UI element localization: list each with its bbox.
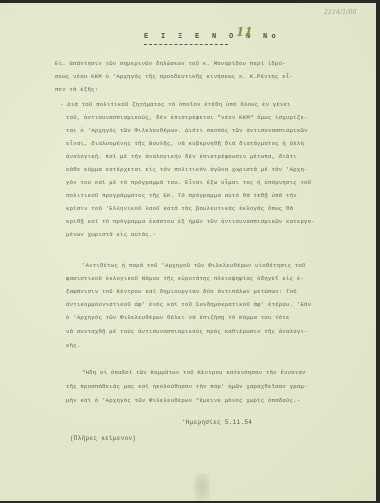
text-line: πεν τά ἑξῆς: — [55, 86, 98, 93]
text-line: κρίσιν τοῦ 'Ελληνικοῦ λαοῦ κατά τάς βουλ… — [66, 205, 293, 212]
text-line: "Ηδη οἱ ὀπαδοί τῶν Κομμάτων τοῦ Κέντρου … — [82, 369, 306, 376]
document-title: Ε Ι Ξ Ε Ν Ο Ν Νο — [144, 33, 280, 41]
text-line: γόν του καί μέ τό πρόγραμμά του. Εἶναι ἔ… — [66, 179, 311, 186]
text-line: ὁ 'Αρχηγός τῶν Φιλελευθέρων θέλει νά ἐπι… — [66, 314, 290, 321]
title-underline — [144, 44, 228, 45]
footer-note: (Πλῆρες κείμενον) — [70, 435, 136, 442]
text-line: κριθῇ καί τό πρόγραμμα ἑκάστου ἐξ ἡμῶν τ… — [66, 218, 315, 225]
text-line: κάθε κόμμα κατέρχεται εἰς τόν πολιτικόν … — [66, 166, 308, 173]
text-line: σεως νέου ΚΚΜ ὁ 'Αρχηγός τῆς προοδευτικῆ… — [55, 73, 293, 80]
text-line: ξαφάνισιν τοῦ Κέντρου καί δημιουργίαν δύ… — [66, 288, 297, 295]
text-line: ἀντικομμουνιστικοῦ ἀφ' ἑνός καί τοῦ Συνδ… — [66, 301, 311, 308]
text-line: κῆς. — [66, 342, 80, 349]
text-line: φασιστικοῦ ἐκλογικοῦ Νόμου τῆς εὐρυτάτης… — [66, 275, 304, 282]
document-page: 2214/1/60 Ε Ι Ξ Ε Ν Ο Ν Νο 11 Εἰ. ἀπάντη… — [0, 3, 376, 501]
text-line: εἶναι, διαλυομένης τῆς Βουλῆς, νά κυβερν… — [66, 140, 304, 147]
text-line: 'Αντιθέτως ἡ παρά τοῦ 'Αρχηγοῦ τῶν Φιλελ… — [82, 262, 306, 269]
handwritten-number: 11 — [236, 25, 253, 39]
text-line: πολιτικοῦ προγράμματος τῆς ΕΚ. Τό πρόγρα… — [66, 192, 297, 199]
text-line: ἀναλογική. Καί μέ τήν ἀναλογικήν δέν ἐπι… — [66, 153, 297, 160]
text-line: - Διά τοῦ πολιτικοῦ ζητήματος τό ὁποῖον … — [60, 101, 291, 108]
paper-smudge — [194, 473, 210, 501]
text-line: νά συνταχθῇ μέ τούς ἀντισυνασπισμικούς π… — [66, 328, 308, 335]
text-line: τοῦ, ἀντισυνασπισμικούς, δέν ἐπιστρέφετα… — [66, 114, 308, 121]
archive-number: 2214/1/60 — [324, 9, 357, 16]
text-line: μένων χωριστά εἰς αὐτάς.- — [66, 231, 156, 238]
text-line: Εἰ. ἀπάντησιν τῶν σημερινῶν δηλώσεων τοῦ… — [55, 60, 286, 67]
date-line: 'Ημερησίες 5.11.54 — [182, 419, 252, 426]
text-line: τῆς προσπάθειάς μας καί ἠκολούθησαν τήν … — [66, 383, 308, 390]
text-line: ται ὁ 'Αρχηγός τῶν Φιλελευθέρων. Διότι σ… — [66, 127, 308, 134]
text-line: μήν καί ὁ 'Αρχηγός τῶν Φιλελευθέρων "ἔμε… — [66, 397, 300, 404]
